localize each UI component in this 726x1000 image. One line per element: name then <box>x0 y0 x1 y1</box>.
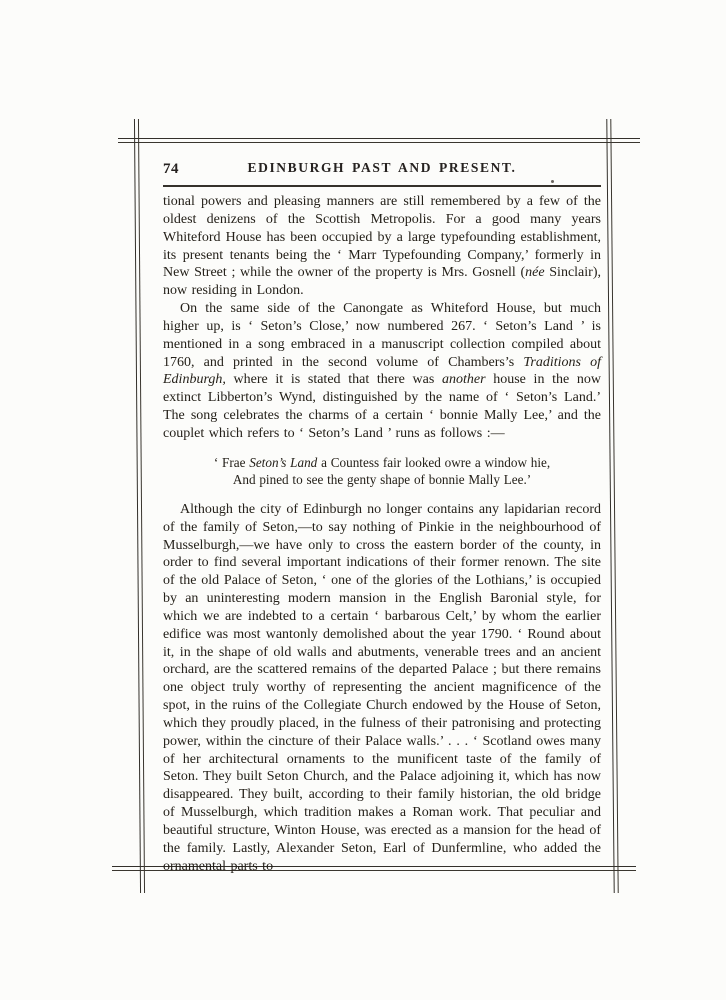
verse-line-1-text-end: a Countess fair looked owre a window hie… <box>317 455 550 470</box>
ink-speck <box>551 180 554 183</box>
frame-left-rule <box>134 119 145 893</box>
frame-right-rule <box>606 119 618 893</box>
paragraph-3: Although the city of Edinburgh no longer… <box>163 501 601 876</box>
page-body: tional powers and pleasing manners are s… <box>163 193 601 876</box>
paragraph-2-italic-word: another <box>442 372 486 387</box>
frame-top-rule <box>118 138 640 143</box>
header-rule <box>163 185 601 187</box>
paragraph-2-text-mid: where it is stated that there was <box>226 372 442 387</box>
verse-line-1: ‘ Frae Seton’s Land a Countess fair look… <box>163 454 601 472</box>
book-page: 74 EDINBURGH PAST AND PRESENT. tional po… <box>0 0 726 1000</box>
running-title: EDINBURGH PAST AND PRESENT. <box>163 160 601 176</box>
paragraph-2: On the same side of the Canongate as Whi… <box>163 300 601 443</box>
verse-quote: ‘ Frae Seton’s Land a Countess fair look… <box>163 454 601 489</box>
page-header: 74 EDINBURGH PAST AND PRESENT. <box>163 159 601 181</box>
verse-line-2: And pined to see the genty shape of bonn… <box>163 471 601 489</box>
paragraph-1: tional powers and pleasing manners are s… <box>163 193 601 300</box>
verse-line-1-italic: Seton’s Land <box>249 455 317 470</box>
paragraph-1-italic: née <box>525 265 544 280</box>
verse-line-1-text: ‘ Frae <box>214 455 249 470</box>
